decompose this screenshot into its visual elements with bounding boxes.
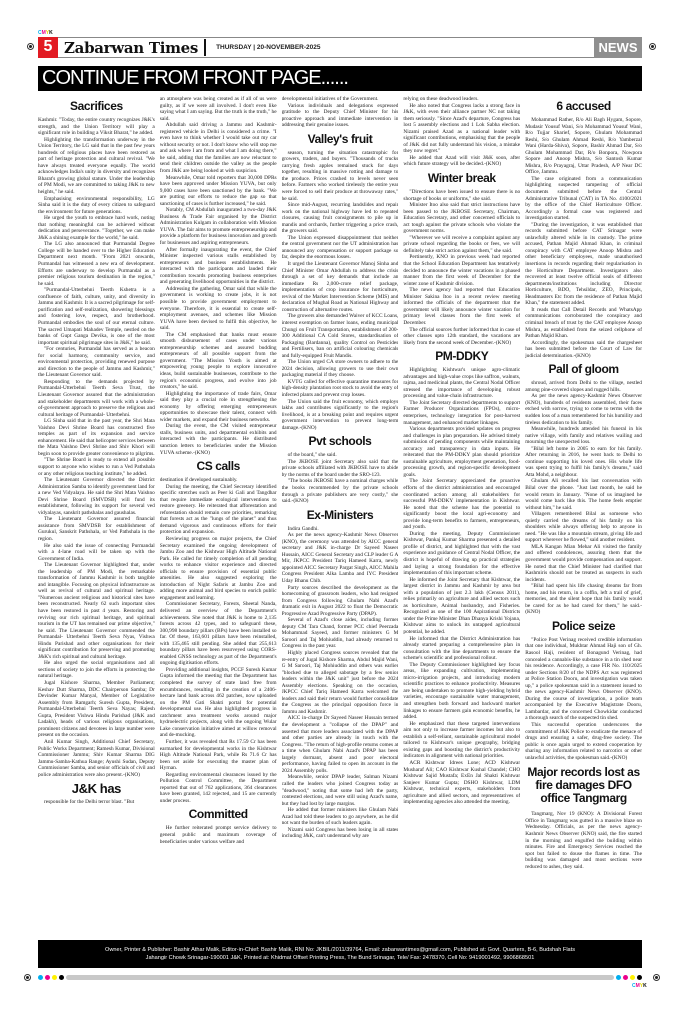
paragraph: He also noted that Congress lacks a stro… <box>403 103 520 155</box>
black-dot-icon <box>59 975 64 980</box>
headline-dfo-office-fire: Major records lost as fire damages DFO o… <box>525 766 642 805</box>
paragraph: He also urged the social organisations a… <box>38 660 155 680</box>
cmyk-label-top: CMYK <box>38 30 53 36</box>
paragraph: The Union expressed disappointment that … <box>282 235 399 261</box>
paragraph: Providing additional insights, PCCF Sure… <box>160 667 277 739</box>
magenta-dot-icon <box>623 975 628 980</box>
paragraph: Accordingly, the spokesman said the char… <box>525 340 642 360</box>
headline-police-seize: Police seize <box>525 619 642 634</box>
headline-winter-break: Winter break <box>403 171 520 186</box>
paragraph: He added that former ministers like Ghul… <box>282 807 399 827</box>
paragraph: Jugal Kishore Sharma, Member Parliament;… <box>38 680 155 739</box>
paragraph: The case originated from a communication… <box>525 176 642 222</box>
page-number: 5 <box>38 37 58 58</box>
paragraph: Highlighting Kishtwar's unique agro-clim… <box>403 367 520 400</box>
paragraph: The LG also announced that Purmandal Deg… <box>38 241 155 287</box>
headline-6-accused: 6 accused <box>525 99 642 114</box>
headline-cs-calls: CS calls <box>160 459 277 474</box>
imprint-line-1: Owner, Printer & Publisher: Bashir Athar… <box>38 946 642 954</box>
paragraph: As per the news agency-Kashmir News Obse… <box>282 532 399 584</box>
paragraph: "The Shrine Board is ready to extend all… <box>38 457 155 477</box>
black-dot-icon <box>637 975 642 980</box>
paragraph: Meanwhile, hundreds attended his funeral… <box>525 426 642 446</box>
paragraph: The news agency had reported that Educat… <box>403 287 520 326</box>
paragraph: The official sources further informed th… <box>403 327 520 347</box>
paragraph: ACR Kishtwar Idrees Lone; ACD Kishtwar M… <box>403 760 520 806</box>
column-5: 6 accused Mohammad Rather, R/o Ali Bagh … <box>525 96 642 934</box>
paragraph: Abdullah said driving a Jammu and Kashmi… <box>160 122 277 174</box>
paragraph: The Union urged CA store owners to adher… <box>282 359 399 379</box>
article-columns: Sacrifices Kashmir. "Today, the entire c… <box>38 96 642 934</box>
paragraph: Tangmarg, Nov 19 (KNO): A Divisional For… <box>525 811 642 870</box>
paragraph: Regarding environmental clearances issue… <box>160 772 277 805</box>
paragraph: "Bilal left home in 2005 to earn for his… <box>525 446 642 479</box>
paragraph: "The books JKBOSE have a nominal charges… <box>282 478 399 504</box>
paper-name: Zabarwan Times <box>58 39 204 57</box>
paragraph: "During the investigation, it was establ… <box>525 222 642 307</box>
paragraph: He informed that the District Administra… <box>403 636 520 662</box>
imprint-line-2: Jahangir Chowk Srinagar-190001 J&K, Prin… <box>38 954 642 962</box>
paragraph: Meanwhile, Omar told reporters that 30,0… <box>160 175 277 208</box>
cyan-dot-icon <box>38 975 43 980</box>
headline-ex-ministers: Ex-Ministers <box>282 508 399 523</box>
headline-pvt-schools: Pvt schools <box>282 434 399 449</box>
paragraph: Pertinently, KNO in previous week had re… <box>403 254 520 287</box>
paragraph: Highlighting the importance of trade fai… <box>160 391 277 424</box>
paragraph: AICC in-charge Dr Sayeed Naseer Hussain … <box>282 715 399 774</box>
paragraph: He informed the Joint Secretary that Kis… <box>403 577 520 636</box>
column-1: Sacrifices Kashmir. "Today, the entire c… <box>38 96 155 934</box>
paragraph: Minister Itoo also said that strict inst… <box>403 202 520 235</box>
section-tag: NEWS <box>594 37 642 58</box>
paragraph: He emphasized that these targeted interv… <box>403 721 520 760</box>
registration-mark-icon <box>653 974 660 981</box>
paragraph: Notably, CM Abdullah inaugurated a two-d… <box>160 207 277 246</box>
headline-jk-has: J&K has <box>38 781 155 796</box>
paragraph: Villagers remembered Bilal as someone wh… <box>525 511 642 544</box>
paragraph: Reviewing progress on major projects, th… <box>160 536 277 601</box>
paragraph: As per the news agency-Kashmir News Obse… <box>525 393 642 426</box>
imprint-footer: Owner, Printer & Publisher: Bashir Athar… <box>38 940 642 968</box>
paragraph: Mohammad Rather, R/o Ali Bagh Hygam, Sop… <box>525 117 642 176</box>
paragraph: Anil Kumar Singh, Additional Chief Secre… <box>38 739 155 778</box>
paragraph: He added that Azad will visit J&K soon, … <box>403 155 520 168</box>
cmyk-label-bottom: CMYK <box>632 983 647 989</box>
paragraph: The Deputy Commissioner highlighted key … <box>403 662 520 721</box>
headline-valleys-fruit: Valley's fruit <box>282 132 399 147</box>
paragraph: Kashmir. "Today, the entire country reco… <box>38 117 155 137</box>
paragraph: Meanwhile, senior DPAP leader, Salman Ni… <box>282 774 399 807</box>
paragraph: Responding to the demands projected by P… <box>38 379 155 418</box>
paragraph: During the event, the CM visited entrepr… <box>160 423 277 456</box>
paragraph: "Purmandal-Utterbehni Teerth Kshetra is … <box>38 287 155 346</box>
paragraph: Addressing the gathering, Omar said that… <box>160 286 277 332</box>
paragraph: shroud, arrived from Delhi to the villag… <box>525 380 642 393</box>
masthead-divider <box>204 39 206 56</box>
registration-mark-icon <box>649 43 656 50</box>
paragraph: Further, it was revealed that Rs 17.59 C… <box>160 739 277 772</box>
magenta-dot-icon <box>45 975 50 980</box>
headline-committed: Committed <box>160 807 277 822</box>
paragraph: Party sources described the development … <box>282 585 399 618</box>
paragraph: The CM emphasised that banks must ensure… <box>160 332 277 391</box>
paragraph: The Lieutenant Governor directed the Dis… <box>38 477 155 516</box>
paragraph: Various departments provided updates on … <box>403 426 520 478</box>
paragraph: Highlighting the transformation underway… <box>38 137 155 196</box>
paragraph: This successful operation underscores th… <box>525 722 642 761</box>
paragraph: It reads that Call Detail Records and Wh… <box>525 307 642 340</box>
paragraph: The Lieutenant Governor highlighted that… <box>38 562 155 660</box>
paragraph: During the meeting, the Chief Secretary … <box>160 484 277 536</box>
paragraph: "Wherever we will receive a complaint ag… <box>403 235 520 255</box>
paragraph: responsible for the Delhi terror blast. … <box>38 799 155 806</box>
column-4: relying on these deadwood leaders. He al… <box>403 96 520 934</box>
paragraph: The JKBOSE joint Secretary also said tha… <box>282 459 399 479</box>
paragraph: Commissioner Secretary, Forests, Sheetal… <box>160 601 277 666</box>
paragraph: After formally inaugurating the event, t… <box>160 247 277 286</box>
column-3: developmental initiatives of the Governm… <box>282 96 399 934</box>
paragraph: Nizami said Congress has been losing in … <box>282 827 399 840</box>
paragraph: MLA Kangan Mian Mehar Ali visited the fa… <box>525 544 642 583</box>
headline-sacrifices: Sacrifices <box>38 99 155 114</box>
issue-date: THURSDAY | 20-NOVEMBER-2025 <box>216 44 320 51</box>
page-banner: CONTINUE FROM FRONT PAGE...... <box>38 66 642 91</box>
registration-mark-icon <box>24 974 31 981</box>
paragraph: "Bilal had spent his life chasing dreams… <box>525 583 642 616</box>
paragraph: The Joint Secretary appreciated the proa… <box>403 478 520 530</box>
registration-mark-icon <box>27 43 34 50</box>
headline-pall-of-gloom: Pall of gloom <box>525 362 642 377</box>
paragraph: Emphasising environmental responsibility… <box>38 196 155 216</box>
paragraph: an atmosphere was being created as if al… <box>160 96 277 122</box>
paragraph: It urged the Lieutenant Governor Manoj S… <box>282 261 399 313</box>
headline-pm-ddky: PM-DDKY <box>403 349 520 364</box>
paragraph: The Joint Secretary directed departments… <box>403 400 520 426</box>
paragraph: LG Sinha said that in the past year, the… <box>38 418 155 457</box>
paragraph: "Police Post Verinag received credible i… <box>525 637 642 722</box>
paragraph: season, turning the situation catastroph… <box>282 150 399 202</box>
yellow-dot-icon <box>630 975 635 980</box>
paragraph: The growers also demanded Waiver of KCC … <box>282 313 399 359</box>
paragraph: Highly placed Congress sources revealed … <box>282 650 399 715</box>
paragraph: "For centuries, Purmandal has served as … <box>38 346 155 379</box>
paragraph: The Union said the fruit economy, which … <box>282 399 399 432</box>
yellow-dot-icon <box>52 975 57 980</box>
paragraph: The Lieutenant Governor assured financia… <box>38 516 155 542</box>
masthead: 5 Zabarwan Times THURSDAY | 20-NOVEMBER-… <box>38 37 642 58</box>
paragraph: He further reiterated prompt service del… <box>160 825 277 845</box>
paragraph: Since mid-August, recurring landslides a… <box>282 202 399 235</box>
column-2: an atmosphere was being created as if al… <box>160 96 277 934</box>
paragraph: "Directions have been issued to ensure t… <box>403 189 520 202</box>
paragraph: Several of Azad's close aides, including… <box>282 617 399 650</box>
paragraph: During the meeting, Deputy Commissioner … <box>403 531 520 577</box>
color-calibration-strip <box>38 974 642 980</box>
paragraph: He urged the youth to embrace hard work,… <box>38 215 155 241</box>
paragraph: He also said the issue of connecting Pur… <box>38 543 155 563</box>
cyan-dot-icon <box>616 975 621 980</box>
paragraph: Ghulam Ali recalled his last conversatio… <box>525 478 642 511</box>
paragraph: Various individuals and delegations expr… <box>282 103 399 129</box>
gray-calibration-bar <box>66 975 614 980</box>
paragraph: KVTG called for effective quarantine mea… <box>282 379 399 399</box>
